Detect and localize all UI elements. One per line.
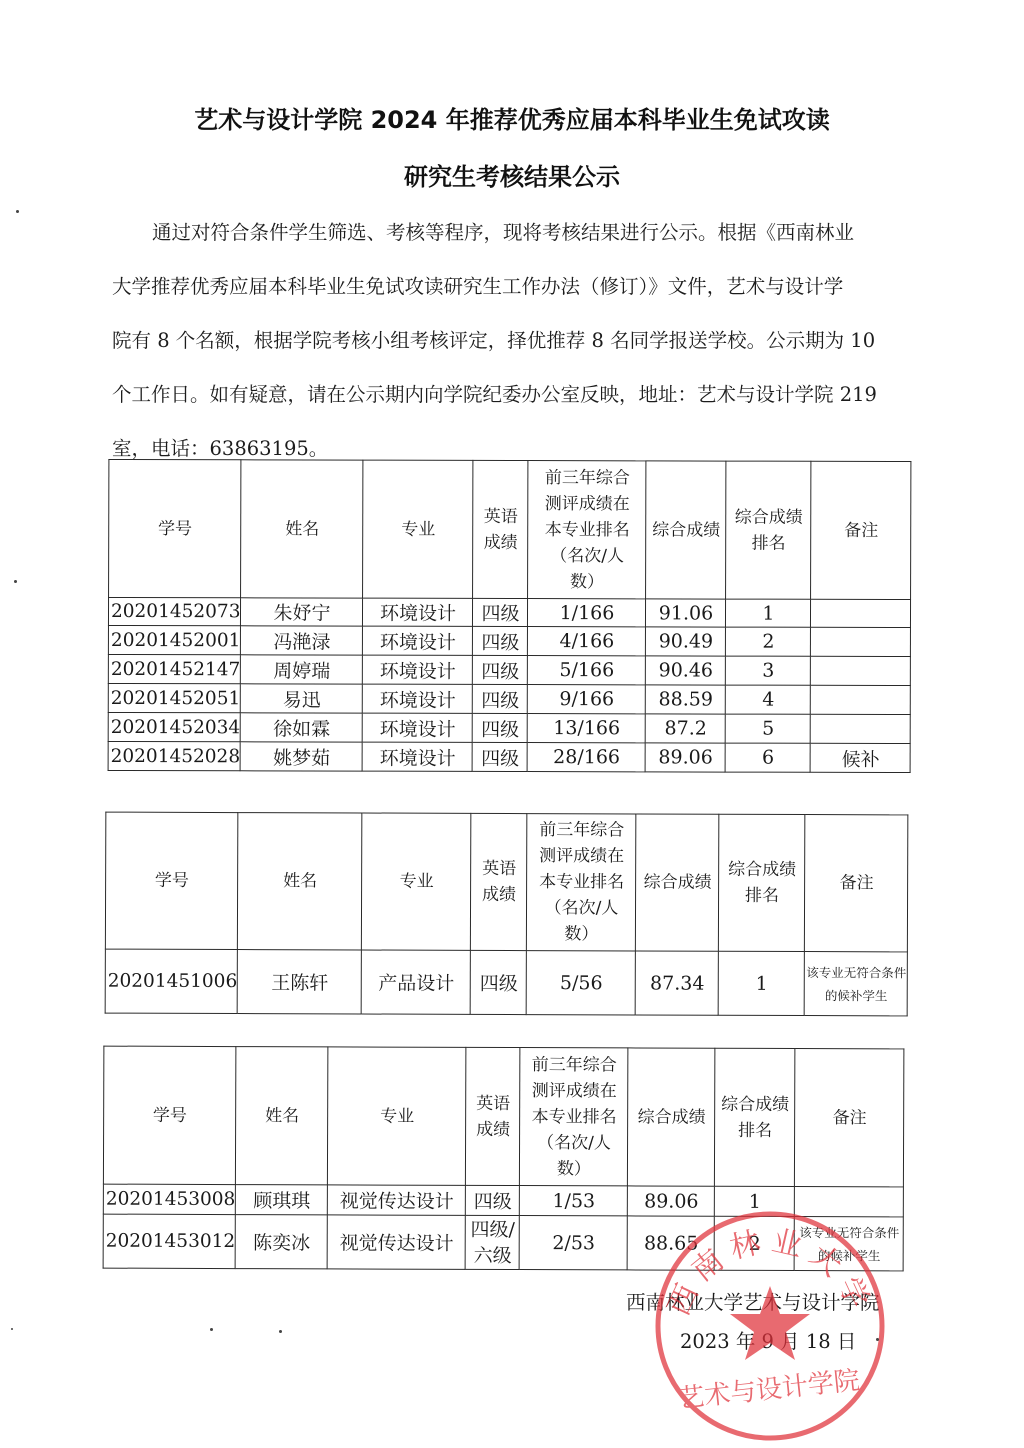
table-row: 20201452034 徐如霖 环境设计 四级 13/166 87.2 5 — [108, 712, 911, 743]
header-three-year-rank: 前三年综合 测评成绩在 本专业排名 （名次/人 数） — [528, 461, 646, 599]
header-three-year-rank: 前三年综合 测评成绩在 本专业排名 （名次/人 数） — [520, 1048, 628, 1186]
results-table-product-design: 学号 姓名 专业 英语 成绩 前三年综合 测评成绩在 本专业排名 （名次/人 数… — [105, 812, 909, 1017]
cell-name: 周婷瑞 — [241, 655, 363, 684]
cell-three-year-rank: 13/166 — [528, 714, 646, 743]
cell-composite-score: 90.46 — [646, 656, 726, 685]
header-three-year-rank: 前三年综合 测评成绩在 本专业排名 （名次/人 数） — [527, 814, 636, 951]
table-row: 20201453012 陈奕冰 视觉传达设计 四级/ 六级 2/53 88.65… — [103, 1214, 904, 1271]
cell-english: 四级 — [473, 684, 528, 713]
cell-remark — [811, 685, 911, 714]
cell-composite-score: 89.06 — [646, 743, 726, 772]
paragraph-line: 通过对符合条件学生筛选、考核等程序，现将考核结果进行公示。根据《西南林业 — [112, 206, 904, 260]
cell-composite-score: 89.06 — [628, 1186, 715, 1216]
cell-composite-rank: 4 — [726, 685, 811, 714]
notice-paragraph: 通过对符合条件学生筛选、考核等程序，现将考核结果进行公示。根据《西南林业 大学推… — [112, 206, 904, 476]
cell-major: 环境设计 — [363, 655, 473, 684]
header-composite-score: 综合成绩 — [636, 814, 719, 951]
cell-composite-rank: 2 — [726, 627, 811, 656]
cell-composite-score: 88.65 — [628, 1216, 715, 1270]
cell-three-year-rank: 2/53 — [520, 1216, 628, 1270]
header-english: 英语 成绩 — [466, 1047, 520, 1185]
cell-composite-rank: 6 — [726, 743, 811, 772]
header-student-id: 学号 — [103, 1046, 236, 1184]
header-remarks: 备注 — [805, 815, 908, 952]
cell-student-id: 20201453012 — [103, 1214, 236, 1268]
cell-major: 产品设计 — [362, 950, 471, 1014]
table-header-row: 学号 姓名 专业 英语 成绩 前三年综合 测评成绩在 本专业排名 （名次/人 数… — [109, 459, 912, 599]
cell-composite-score: 91.06 — [646, 599, 726, 627]
results-table-environment-design: 学号 姓名 专业 英语 成绩 前三年综合 测评成绩在 本专业排名 （名次/人 数… — [108, 459, 912, 773]
header-remarks: 备注 — [795, 1049, 904, 1187]
cell-english: 四级 — [473, 598, 528, 626]
cell-major: 视觉传达设计 — [328, 1215, 466, 1269]
cell-major: 环境设计 — [363, 742, 473, 771]
header-composite-score: 综合成绩 — [628, 1048, 715, 1186]
header-major: 专业 — [328, 1047, 466, 1185]
scan-speck — [14, 580, 17, 583]
table-header-row: 学号 姓名 专业 英语 成绩 前三年综合 测评成绩在 本专业排名 （名次/人 数… — [103, 1046, 904, 1187]
header-composite-rank: 综合成绩 排名 — [726, 461, 811, 599]
cell-remark — [795, 1187, 904, 1217]
header-remarks: 备注 — [811, 461, 911, 599]
cell-name: 易迅 — [241, 684, 363, 713]
cell-english: 四级 — [473, 655, 528, 684]
cell-remark: 该专业无符合条件 的候补学生 — [795, 1217, 904, 1271]
scan-speck — [279, 1330, 282, 1333]
cell-three-year-rank: 5/56 — [527, 951, 636, 1015]
cell-composite-rank: 5 — [726, 714, 811, 743]
cell-name: 朱妤宁 — [241, 598, 363, 626]
cell-name: 姚梦茹 — [241, 742, 363, 771]
cell-remark — [811, 627, 911, 656]
scan-speck — [16, 210, 19, 213]
header-name: 姓名 — [238, 813, 362, 950]
cell-name: 冯滟渌 — [241, 626, 363, 655]
cell-remark — [811, 656, 911, 685]
cell-major: 环境设计 — [363, 713, 473, 742]
table-header-row: 学号 姓名 专业 英语 成绩 前三年综合 测评成绩在 本专业排名 （名次/人 数… — [105, 812, 908, 952]
cell-major: 环境设计 — [363, 598, 473, 626]
cell-three-year-rank: 5/166 — [528, 656, 646, 685]
cell-composite-score: 88.59 — [646, 685, 726, 714]
cell-name: 陈奕冰 — [236, 1215, 328, 1269]
table-row: 20201452051 易迅 环境设计 四级 9/166 88.59 4 — [108, 683, 911, 714]
table-row: 20201453008 顾琪琪 视觉传达设计 四级 1/53 89.06 1 — [103, 1184, 904, 1217]
cell-english: 四级 — [473, 713, 528, 742]
cell-major: 环境设计 — [363, 684, 473, 713]
cell-english: 四级 — [473, 626, 528, 655]
cell-name: 徐如霖 — [241, 713, 363, 742]
signature-organization: 西南林业大学艺术与设计学院 — [626, 1287, 880, 1315]
cell-major: 视觉传达设计 — [328, 1185, 466, 1215]
cell-student-id: 20201452073 — [108, 597, 241, 625]
cell-remark: 该专业无符合条件 的候补学生 — [805, 952, 908, 1016]
cell-three-year-rank: 4/166 — [528, 627, 646, 656]
header-english: 英语 成绩 — [471, 813, 527, 950]
cell-composite-score: 87.34 — [636, 951, 719, 1015]
cell-name: 王陈轩 — [238, 950, 362, 1014]
cell-composite-rank: 1 — [719, 951, 805, 1015]
cell-three-year-rank: 9/166 — [528, 685, 646, 714]
header-english: 英语 成绩 — [473, 460, 528, 598]
header-student-id: 学号 — [109, 459, 242, 597]
cell-remark — [811, 599, 911, 627]
header-name: 姓名 — [236, 1047, 328, 1185]
cell-major: 环境设计 — [363, 626, 473, 655]
svg-text:艺术与设计学院: 艺术与设计学院 — [677, 1366, 861, 1415]
header-name: 姓名 — [241, 460, 363, 598]
scan-speck — [11, 1328, 13, 1330]
cell-student-id: 20201453008 — [103, 1184, 236, 1214]
cell-name: 顾琪琪 — [236, 1185, 328, 1215]
document-title-line1: 艺术与设计学院 2024 年推荐优秀应届本科毕业生免试攻读 — [0, 100, 1024, 135]
cell-remark: 候补 — [811, 743, 911, 772]
table-row: 20201452001 冯滟渌 环境设计 四级 4/166 90.49 2 — [108, 625, 911, 656]
cell-composite-rank: 1 — [726, 599, 811, 627]
table-row: 20201451006 王陈轩 产品设计 四级 5/56 87.34 1 该专业… — [105, 949, 908, 1016]
header-student-id: 学号 — [105, 812, 238, 949]
cell-english: 四级 — [466, 1185, 520, 1215]
table-row: 20201452073 朱妤宁 环境设计 四级 1/166 91.06 1 — [108, 597, 911, 627]
cell-english: 四级 — [473, 742, 528, 771]
cell-student-id: 20201452001 — [108, 625, 241, 654]
cell-composite-rank: 3 — [726, 656, 811, 685]
header-composite-rank: 综合成绩 排名 — [719, 814, 805, 951]
scan-speck — [210, 1328, 213, 1331]
cell-composite-rank: 1 — [715, 1186, 795, 1216]
signature-date: 2023 年 9 月 18 日 — [680, 1326, 856, 1354]
paragraph-line: 个工作日。如有疑意，请在公示期内向学院纪委办公室反映，地址：艺术与设计学院 21… — [112, 368, 904, 422]
cell-student-id: 20201452147 — [108, 654, 241, 683]
header-composite-score: 综合成绩 — [646, 461, 726, 599]
results-table-visual-communication-design: 学号 姓名 专业 英语 成绩 前三年综合 测评成绩在 本专业排名 （名次/人 数… — [103, 1046, 905, 1272]
header-major: 专业 — [363, 460, 473, 598]
cell-three-year-rank: 1/166 — [528, 599, 646, 627]
table-row: 20201452147 周婷瑞 环境设计 四级 5/166 90.46 3 — [108, 654, 911, 685]
header-major: 专业 — [362, 813, 471, 950]
cell-composite-score: 90.49 — [646, 627, 726, 656]
cell-student-id: 20201452034 — [108, 712, 241, 741]
scan-speck — [876, 1338, 879, 1341]
paragraph-line: 院有 8 个名额，根据学院考核小组考核评定，择优推荐 8 名同学报送学校。公示期… — [112, 314, 904, 368]
header-composite-rank: 综合成绩 排名 — [715, 1048, 795, 1186]
table-row: 20201452028 姚梦茹 环境设计 四级 28/166 89.06 6 候… — [108, 741, 911, 772]
cell-remark — [811, 714, 911, 743]
document-title-line2: 研究生考核结果公示 — [0, 157, 1024, 192]
cell-english: 四级/ 六级 — [466, 1215, 520, 1269]
cell-composite-rank: 2 — [715, 1216, 795, 1270]
cell-student-id: 20201451006 — [105, 949, 238, 1013]
cell-english: 四级 — [471, 950, 527, 1014]
cell-composite-score: 87.2 — [646, 714, 726, 743]
paragraph-line: 大学推荐优秀应届本科毕业生免试攻读研究生工作办法（修订）》文件，艺术与设计学 — [112, 260, 904, 314]
cell-three-year-rank: 28/166 — [528, 743, 646, 772]
cell-three-year-rank: 1/53 — [520, 1186, 628, 1216]
cell-student-id: 20201452051 — [108, 683, 241, 712]
cell-student-id: 20201452028 — [108, 741, 241, 770]
